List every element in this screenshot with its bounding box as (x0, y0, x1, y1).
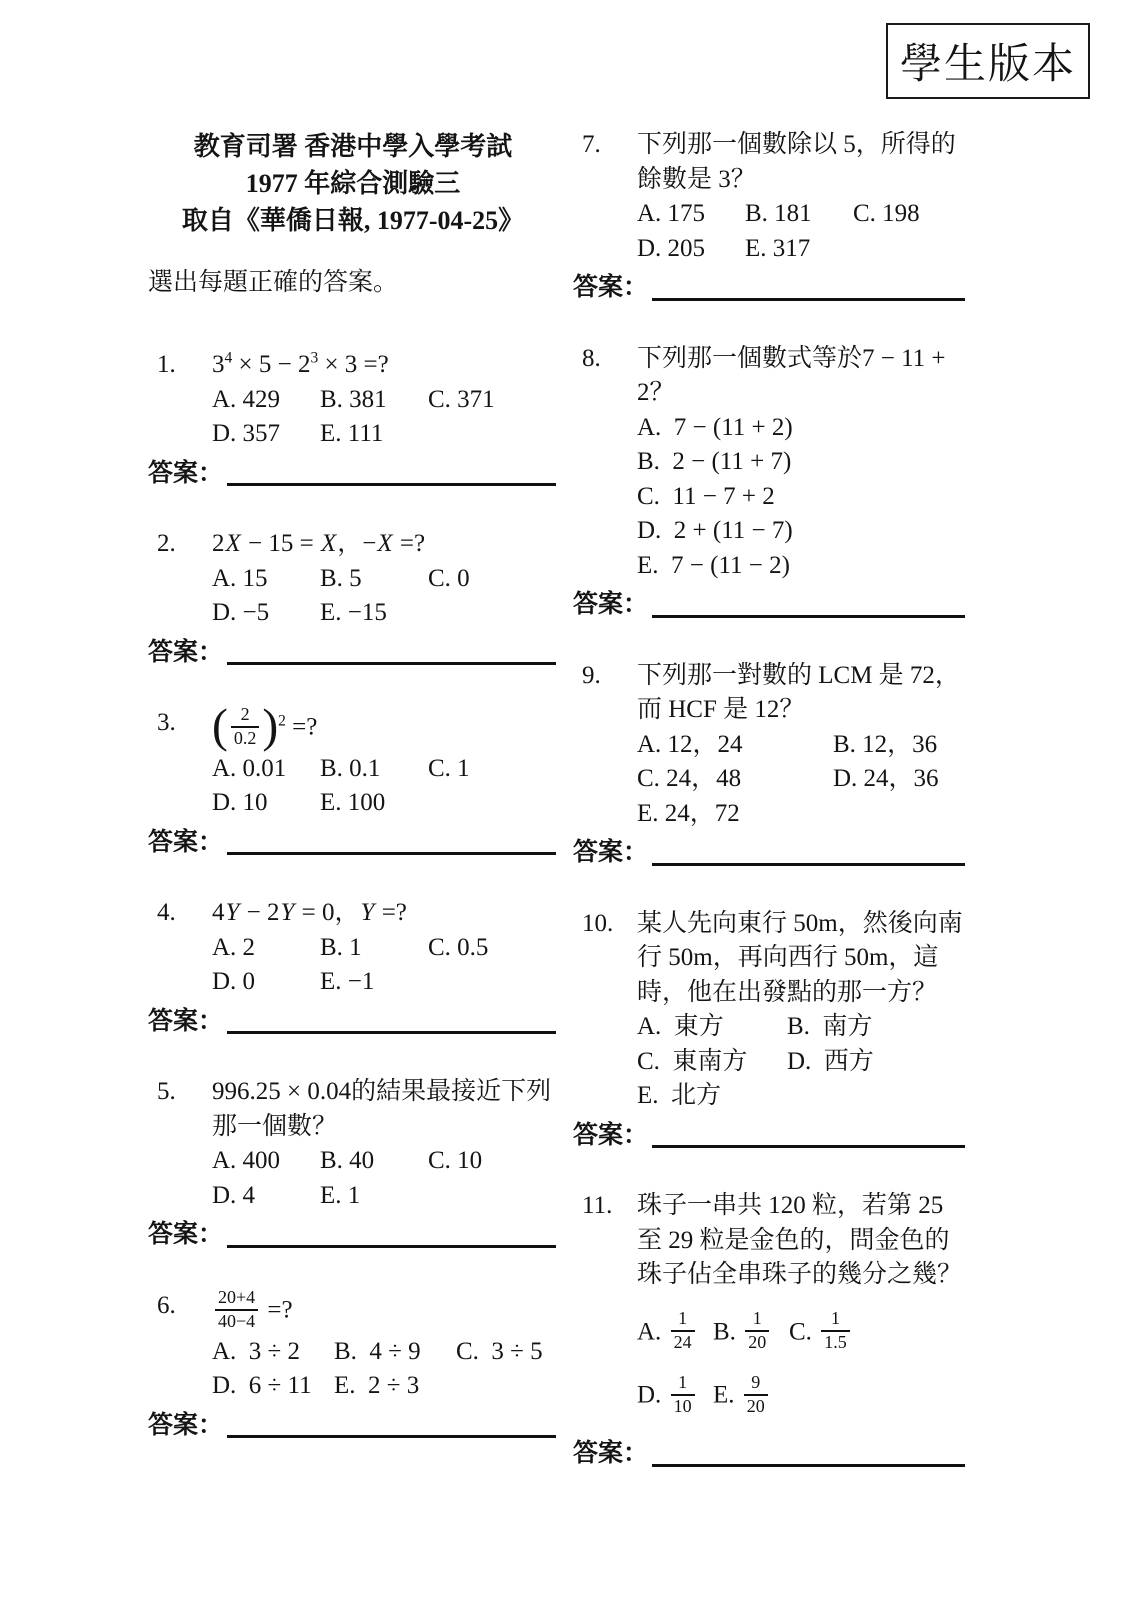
answer-row: 答案： (148, 1217, 558, 1253)
options-row: A. 15 B. 5 C. 0 (148, 562, 558, 597)
option: C. 198 (853, 197, 920, 232)
answer-row: 答案： (148, 1004, 558, 1040)
question-stem: 珠子一串共 120 粒，若第 25 至 29 粒是金色的，問金色的珠子佔全串珠子… (637, 1189, 967, 1293)
option: A. 3 ÷ 2 (212, 1335, 334, 1370)
option: C. 24，48 (637, 762, 833, 797)
option: E. −1 (320, 965, 374, 1000)
option: B. 2 − (11 + 7) (637, 445, 791, 480)
option: D. −5 (212, 596, 320, 631)
answer-blank (227, 1217, 556, 1248)
question-number: 7. (573, 128, 637, 163)
option: A. 429 (212, 383, 320, 418)
option: D. 357 (212, 417, 320, 452)
question-number: 5. (148, 1075, 212, 1110)
option: E. 北方 (637, 1079, 721, 1114)
option: D. 0 (212, 965, 320, 1000)
answer-blank (652, 270, 965, 301)
answer-blank (652, 1436, 965, 1467)
question-7: 7. 下列那一個數除以 5，所得的餘數是 3？ A. 175 B. 181 C.… (573, 128, 967, 306)
option: C. 1 (428, 752, 470, 787)
question-stem: 2X − 15 = X，−X =? (212, 527, 558, 562)
answer-label: 答案： (148, 636, 223, 671)
option: E. 111 (320, 417, 383, 452)
question-9: 9. 下列那一對數的 LCM 是 72，而 HCF 是 12？ A. 12，24… (573, 659, 967, 871)
question-8: 8. 下列那一個數式等於7 − 11 + 2？ A. 7 − (11 + 2) … (573, 342, 967, 623)
question-stem: 某人先向東行 50m，然後向南行 50m，再向西行 50m，這時，他在出發點的那… (637, 907, 967, 1011)
option: E. 100 (320, 786, 385, 821)
option: A. 124 (637, 1311, 713, 1357)
question-number: 1. (148, 348, 212, 383)
answer-blank (652, 835, 965, 866)
option: D. 110 (637, 1374, 713, 1420)
answer-label: 答案： (148, 826, 223, 861)
question-number: 8. (573, 342, 637, 377)
options-row: D. 205 E. 317 (573, 232, 967, 267)
option: A. 東方 (637, 1010, 787, 1045)
answer-label: 答案： (148, 1005, 223, 1040)
right-column: 7. 下列那一個數除以 5，所得的餘數是 3？ A. 175 B. 181 C.… (573, 128, 967, 1508)
question-6: 6. 20+440−4 =? A. 3 ÷ 2 B. 4 ÷ 9 C. 3 ÷ … (148, 1289, 558, 1443)
answer-label: 答案： (573, 1119, 648, 1154)
option: D. 205 (637, 232, 745, 267)
answer-blank (227, 635, 556, 666)
exam-page: 學生版本 教育司署 香港中學入學考試 1977 年綜合測驗三 取自《華僑日報, … (0, 0, 1131, 1600)
option: C. 371 (428, 383, 495, 418)
answer-label: 答案： (573, 1437, 648, 1472)
option: A. 15 (212, 562, 320, 597)
option: C. 0.5 (428, 931, 488, 966)
options-row: D. 10 E. 100 (148, 786, 558, 821)
options-row: A. 7 − (11 + 2) (573, 411, 967, 446)
answer-blank (652, 1118, 965, 1149)
option: E. 2 ÷ 3 (334, 1369, 419, 1404)
exam-title: 教育司署 香港中學入學考試 (148, 128, 558, 165)
option: D. 2 + (11 − 7) (637, 514, 793, 549)
question-number: 6. (148, 1289, 212, 1324)
question-5: 5. 996.25 × 0.04的結果最接近下列那一個數？ A. 400 B. … (148, 1075, 558, 1253)
question-stem: 4Y − 2Y = 0，Y =? (212, 896, 558, 931)
option: B. 120 (713, 1311, 789, 1357)
question-3: 3. (20.2)2 =? A. 0.01 B. 0.1 C. 1 D. 10 … (148, 706, 558, 860)
options-row: D. 6 ÷ 11 E. 2 ÷ 3 (148, 1369, 558, 1404)
option: B. 381 (320, 383, 428, 418)
question-4: 4. 4Y − 2Y = 0，Y =? A. 2 B. 1 C. 0.5 D. … (148, 896, 558, 1039)
option: E. 1 (320, 1179, 360, 1214)
option: D. 西方 (787, 1045, 874, 1080)
options-row: A. 400 B. 40 C. 10 (148, 1144, 558, 1179)
option: C. 11.5 (789, 1311, 853, 1357)
answer-row: 答案： (148, 825, 558, 861)
option: B. 1 (320, 931, 428, 966)
option: D. 24，36 (833, 762, 939, 797)
options-row: D. 2 + (11 − 7) (573, 514, 967, 549)
question-1: 1. 34 × 5 − 23 × 3 =? A. 429 B. 381 C. 3… (148, 348, 558, 491)
answer-row: 答案： (573, 587, 967, 623)
option: C. 10 (428, 1144, 482, 1179)
options-row: A. 2 B. 1 C. 0.5 (148, 931, 558, 966)
answer-row: 答案： (148, 1408, 558, 1444)
options-row: A. 3 ÷ 2 B. 4 ÷ 9 C. 3 ÷ 5 (148, 1335, 558, 1370)
question-10: 10. 某人先向東行 50m，然後向南行 50m，再向西行 50m，這時，他在出… (573, 907, 967, 1154)
answer-label: 答案： (573, 836, 648, 871)
student-version-badge: 學生版本 (886, 23, 1090, 99)
answer-label: 答案： (573, 271, 648, 306)
answer-row: 答案： (148, 456, 558, 492)
answer-blank (652, 587, 965, 618)
question-stem: 下列那一對數的 LCM 是 72，而 HCF 是 12？ (637, 659, 967, 728)
instruction-text: 選出每題正確的答案。 (148, 265, 558, 300)
question-stem: 下列那一個數式等於7 − 11 + 2？ (637, 342, 967, 411)
exam-subtitle: 1977 年綜合測驗三 (148, 165, 558, 202)
question-stem: 996.25 × 0.04的結果最接近下列那一個數？ (212, 1075, 558, 1144)
options-row: E. 7 − (11 − 2) (573, 549, 967, 584)
option: B. 南方 (787, 1010, 872, 1045)
student-version-label: 學生版本 (900, 31, 1076, 91)
option: A. 0.01 (212, 752, 320, 787)
option: B. 12，36 (833, 728, 937, 763)
options-row: A. 429 B. 381 C. 371 (148, 383, 558, 418)
options-row: C. 11 − 7 + 2 (573, 480, 967, 515)
option: A. 400 (212, 1144, 320, 1179)
question-number: 3. (148, 706, 212, 741)
answer-label: 答案： (148, 1218, 223, 1253)
question-number: 11. (573, 1189, 637, 1224)
option: C. 0 (428, 562, 470, 597)
question-number: 10. (573, 907, 637, 942)
question-number: 4. (148, 896, 212, 931)
option: B. 4 ÷ 9 (334, 1335, 456, 1370)
option: E. 24，72 (637, 797, 740, 832)
answer-label: 答案： (573, 588, 648, 623)
answer-label: 答案： (148, 1409, 223, 1444)
answer-row: 答案： (573, 1118, 967, 1154)
option: D. 4 (212, 1179, 320, 1214)
answer-row: 答案： (573, 1436, 967, 1472)
option: E. 317 (745, 232, 810, 267)
option: D. 6 ÷ 11 (212, 1369, 334, 1404)
option: B. 181 (745, 197, 853, 232)
option: E. 920 (713, 1374, 771, 1420)
option: B. 40 (320, 1144, 428, 1179)
options-row: D. 357 E. 111 (148, 417, 558, 452)
options-row: D. −5 E. −15 (148, 596, 558, 631)
options-row: E. 24，72 (573, 797, 967, 832)
options-row: D. 110 E. 920 (573, 1374, 967, 1420)
left-column: 教育司署 香港中學入學考試 1977 年綜合測驗三 取自《華僑日報, 1977-… (148, 128, 558, 1479)
question-number: 9. (573, 659, 637, 694)
option: C. 東南方 (637, 1045, 787, 1080)
options-row: A. 175 B. 181 C. 198 (573, 197, 967, 232)
question-stem: 34 × 5 − 23 × 3 =? (212, 348, 558, 383)
options-row: D. 0 E. −1 (148, 965, 558, 1000)
options-row: A. 東方 B. 南方 (573, 1010, 967, 1045)
question-stem: 20+440−4 =? (212, 1289, 558, 1335)
option: A. 7 − (11 + 2) (637, 411, 793, 446)
question-stem: (20.2)2 =? (212, 706, 558, 752)
options-row: C. 24，48 D. 24，36 (573, 762, 967, 797)
exam-source: 取自《華僑日報, 1977-04-25》 (148, 202, 558, 239)
option: A. 12，24 (637, 728, 833, 763)
answer-blank (227, 456, 556, 487)
answer-row: 答案： (148, 635, 558, 671)
options-row: E. 北方 (573, 1079, 967, 1114)
options-row: A. 124 B. 120 C. 11.5 (573, 1311, 967, 1357)
exam-header: 教育司署 香港中學入學考試 1977 年綜合測驗三 取自《華僑日報, 1977-… (148, 128, 558, 239)
option: C. 3 ÷ 5 (456, 1335, 543, 1370)
answer-blank (227, 1004, 556, 1035)
options-row: C. 東南方 D. 西方 (573, 1045, 967, 1080)
answer-row: 答案： (573, 270, 967, 306)
answer-label: 答案： (148, 457, 223, 492)
option: B. 5 (320, 562, 428, 597)
option: B. 0.1 (320, 752, 428, 787)
option: D. 10 (212, 786, 320, 821)
options-row: D. 4 E. 1 (148, 1179, 558, 1214)
option: A. 175 (637, 197, 745, 232)
option: E. 7 − (11 − 2) (637, 549, 790, 584)
options-row: B. 2 − (11 + 7) (573, 445, 967, 480)
answer-blank (227, 1408, 556, 1439)
options-row: A. 12，24 B. 12，36 (573, 728, 967, 763)
answer-row: 答案： (573, 835, 967, 871)
answer-blank (227, 825, 556, 856)
question-11: 11. 珠子一串共 120 粒，若第 25 至 29 粒是金色的，問金色的珠子佔… (573, 1189, 967, 1472)
question-2: 2. 2X − 15 = X，−X =? A. 15 B. 5 C. 0 D. … (148, 527, 558, 670)
question-number: 2. (148, 527, 212, 562)
option: C. 11 − 7 + 2 (637, 480, 775, 515)
option: E. −15 (320, 596, 387, 631)
question-stem: 下列那一個數除以 5，所得的餘數是 3？ (637, 128, 967, 197)
options-row: A. 0.01 B. 0.1 C. 1 (148, 752, 558, 787)
option: A. 2 (212, 931, 320, 966)
